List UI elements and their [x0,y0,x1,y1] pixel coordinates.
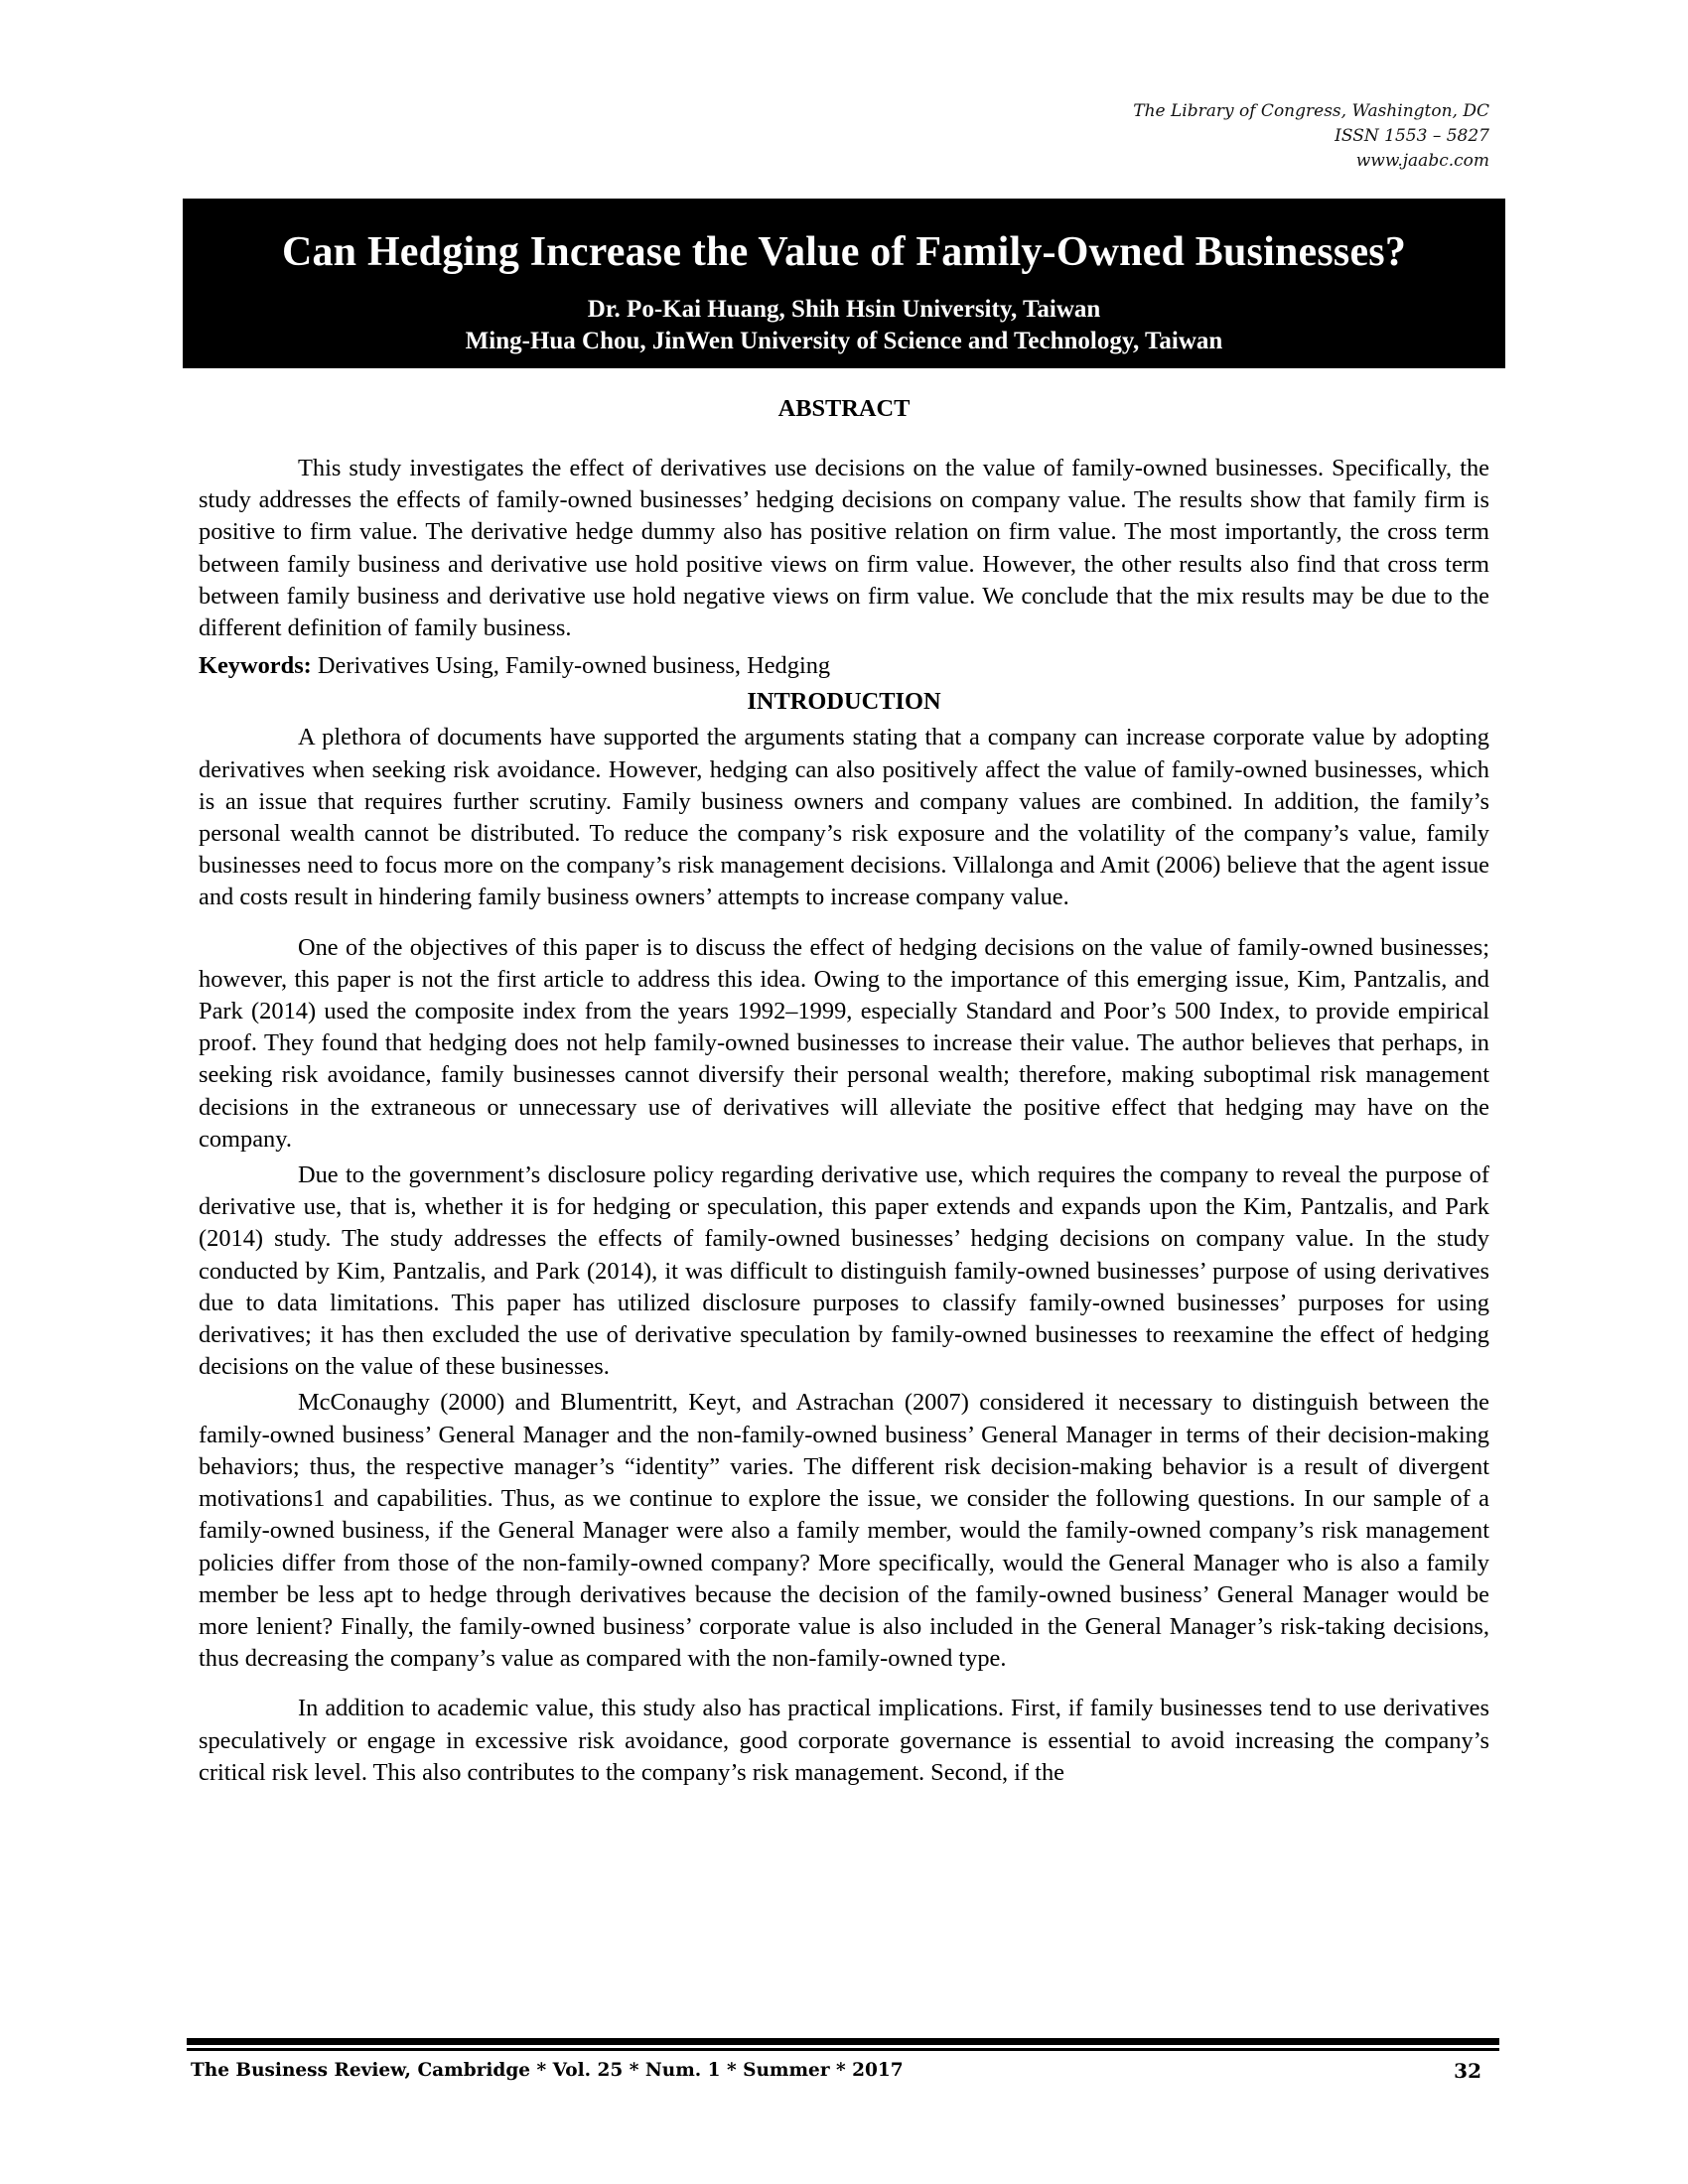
issn-line: ISSN 1553 – 5827 [1133,124,1489,149]
page-number: 32 [1454,2058,1481,2084]
journal-header-meta: The Library of Congress, Washington, DC … [1133,99,1489,174]
intro-paragraph-5: In addition to academic value, this stud… [199,1693,1489,1789]
title-block: Can Hedging Increase the Value of Family… [183,199,1505,368]
intro-paragraph-3: Due to the government’s disclosure polic… [199,1160,1489,1383]
footer-rule-thin [187,2048,1499,2051]
footer-journal-citation: The Business Review, Cambridge * Vol. 25… [191,2058,904,2084]
footer-rule-thick [187,2038,1499,2045]
introduction-heading: INTRODUCTION [199,686,1489,718]
publisher-line: The Library of Congress, Washington, DC [1133,99,1489,124]
keywords-text: Derivatives Using, Family-owned business… [312,652,830,679]
keywords-label: Keywords: [199,652,312,679]
abstract-heading: ABSTRACT [199,393,1489,425]
abstract-text: This study investigates the effect of de… [199,453,1489,644]
paper-title: Can Hedging Increase the Value of Family… [183,228,1505,276]
website-line: www.jaabc.com [1133,149,1489,174]
intro-paragraph-4: McConaughy (2000) and Blumentritt, Keyt,… [199,1387,1489,1675]
author-line-1: Dr. Po-Kai Huang, Shih Hsin University, … [183,294,1505,326]
author-line-2: Ming-Hua Chou, JinWen University of Scie… [183,326,1505,357]
footer-divider [187,2038,1499,2051]
paper-body: ABSTRACT This study investigates the eff… [199,393,1489,1789]
keywords-line: Keywords: Derivatives Using, Family-owne… [199,650,1489,682]
intro-paragraph-1: A plethora of documents have supported t… [199,722,1489,913]
intro-paragraph-2: One of the objectives of this paper is t… [199,932,1489,1156]
